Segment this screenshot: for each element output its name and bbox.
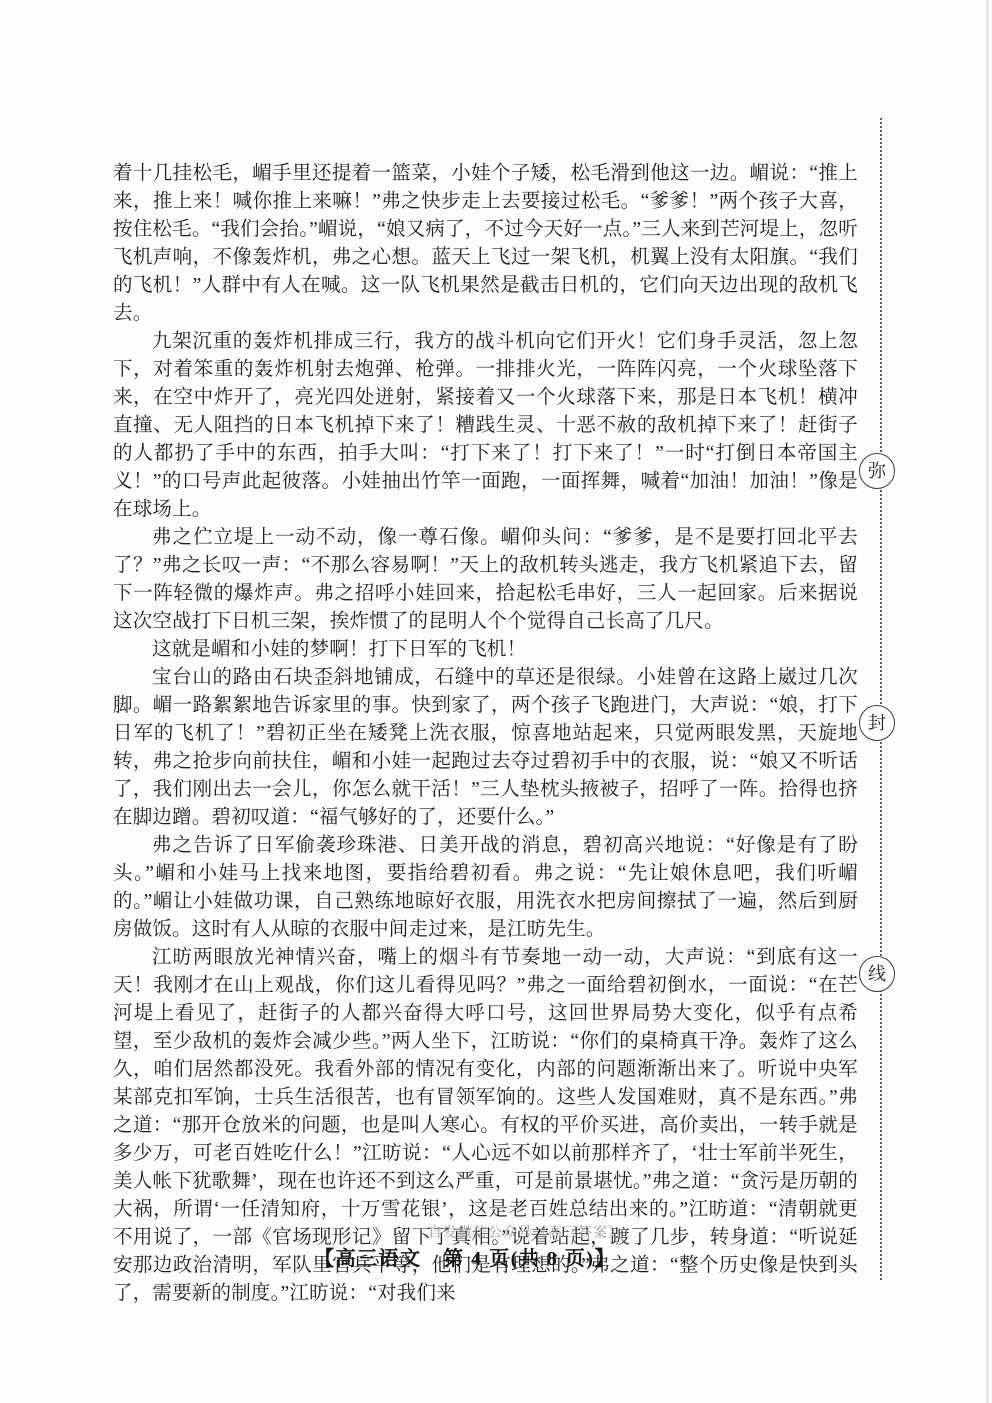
exam-page: 着十几挂松毛，嵋手里还提着一篮菜，小娃个子矮，松毛滑到他这一边。嵋说：“推上来，… — [0, 0, 992, 1403]
passage-paragraph: 弗之告诉了日军偷袭珍珠港、日美开战的消息，碧初高兴地说：“好像是有了盼头。”嵋和… — [113, 832, 858, 944]
seal-char-feng: 封 — [859, 705, 895, 741]
passage: 着十几挂松毛，嵋手里还提着一篮菜，小娃个子矮，松毛滑到他这一边。嵋说：“推上来，… — [113, 160, 858, 1308]
passage-paragraph: 这就是嵋和小娃的梦啊！打下日军的飞机！ — [113, 636, 858, 664]
watermark: 自发微信公众号《高三答案》 — [428, 1222, 623, 1242]
page-footer-text: 【高三语文 第 4 页(共 8 页)】 — [314, 1248, 616, 1270]
seal-char-mi: 弥 — [859, 453, 895, 489]
page-footer: 【高三语文 第 4 页(共 8 页)】 — [0, 1242, 930, 1271]
passage-paragraph: 宝台山的路由石块歪斜地铺成，石缝中的草还是很绿。小娃曾在这路上崴过几次脚。嵋一路… — [113, 664, 858, 832]
seal-dotted-line — [880, 118, 882, 1280]
passage-paragraph: 九架沉重的轰炸机排成三行，我方的战斗机向它们开火！它们身手灵活，忽上忽下，对着笨… — [113, 328, 858, 524]
passage-paragraph: 着十几挂松毛，嵋手里还提着一篮菜，小娃个子矮，松毛滑到他这一边。嵋说：“推上来，… — [113, 160, 858, 328]
scan-edge-shadow — [986, 0, 989, 1403]
passage-paragraph: 弗之伫立堤上一动不动，像一尊石像。嵋仰头问：“爹爹，是不是要打回北平去了？”弗之… — [113, 524, 858, 636]
seal-char-xian: 线 — [859, 956, 895, 992]
